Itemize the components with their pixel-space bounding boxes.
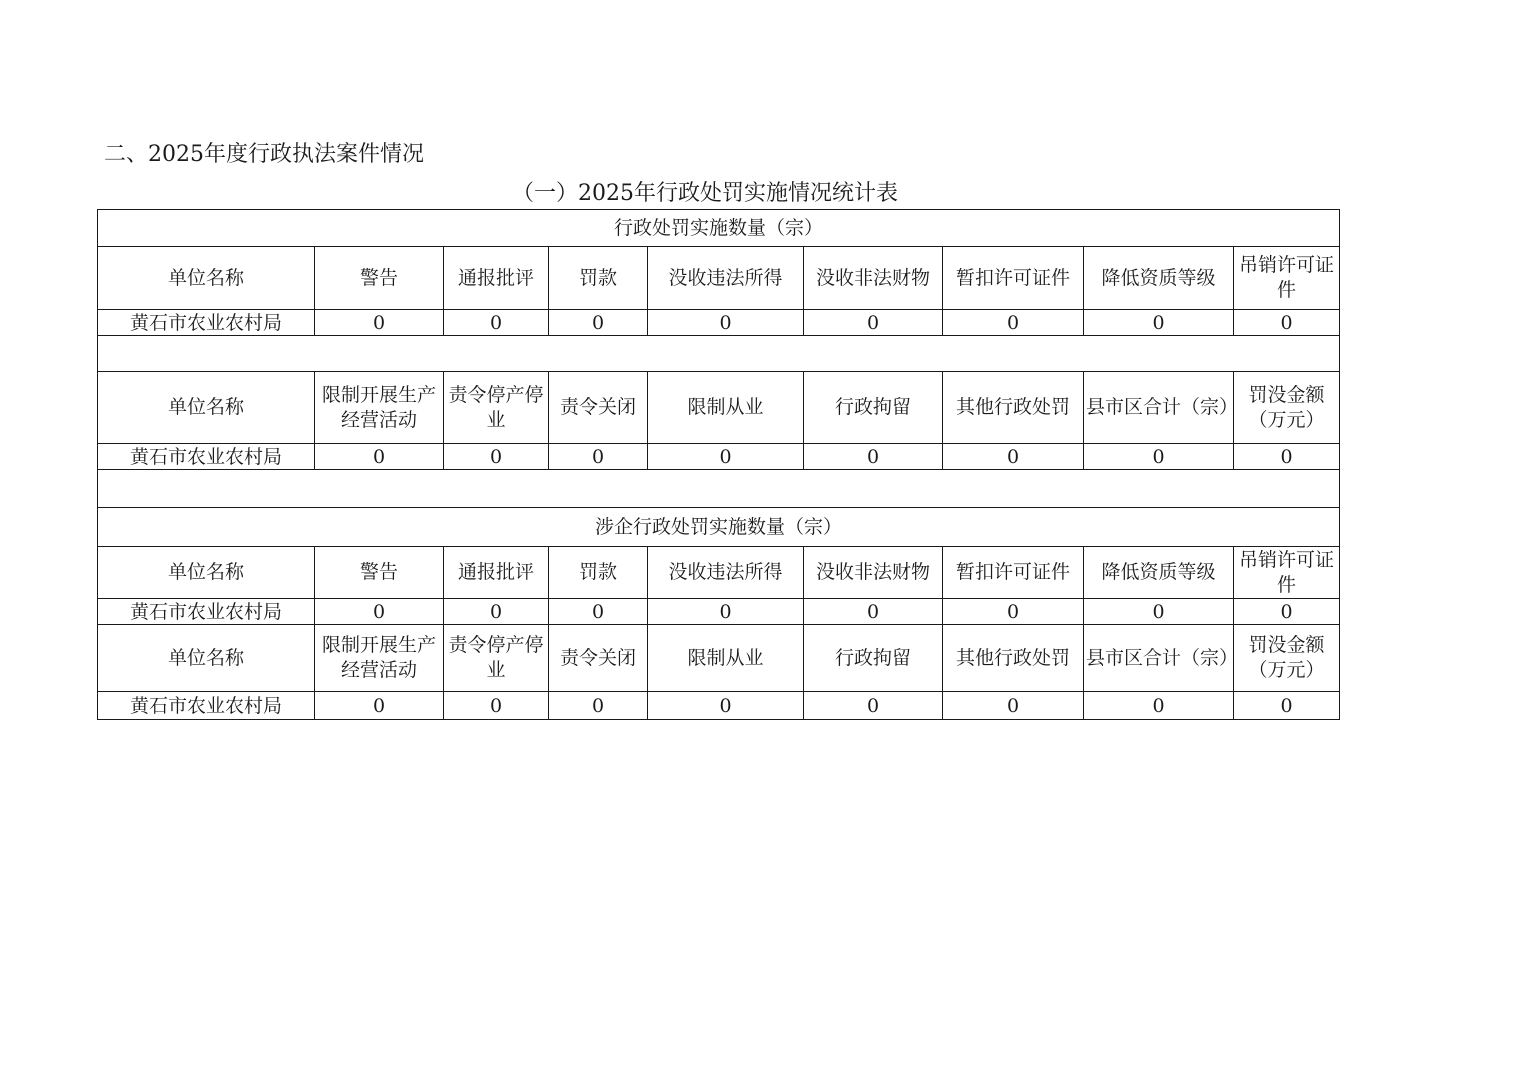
header-row: 单位名称 限制开展生产经营活动 责令停产停业 责令关闭 限制从业 行政拘留 其他… — [98, 625, 1340, 692]
header-row: 单位名称 警告 通报批评 罚款 没收违法所得 没收非法财物 暂扣许可证件 降低资… — [98, 547, 1340, 599]
value-cell: 0 — [804, 444, 943, 470]
unit-name-cell: 黄石市农业农村局 — [98, 444, 315, 470]
header-cell: 其他行政处罚 — [943, 372, 1084, 444]
header-cell: 其他行政处罚 — [943, 625, 1084, 692]
value-cell: 0 — [943, 692, 1084, 720]
value-cell: 0 — [549, 444, 648, 470]
value-cell: 0 — [444, 692, 549, 720]
section-heading: 二、2025年度行政执法案件情况 — [104, 140, 424, 170]
value-cell: 0 — [444, 599, 549, 625]
header-cell: 罚款 — [549, 247, 648, 310]
value-cell: 0 — [1084, 310, 1234, 336]
value-cell: 0 — [549, 692, 648, 720]
value-cell: 0 — [804, 692, 943, 720]
header-cell: 通报批评 — [444, 547, 549, 599]
spacer-row — [98, 470, 1340, 508]
value-cell: 0 — [315, 692, 444, 720]
header-cell: 行政拘留 — [804, 372, 943, 444]
header-cell: 没收非法财物 — [804, 247, 943, 310]
header-cell: 没收非法财物 — [804, 547, 943, 599]
header-row: 单位名称 限制开展生产经营活动 责令停产停业 责令关闭 限制从业 行政拘留 其他… — [98, 372, 1340, 444]
empty-cell — [98, 336, 1340, 372]
table-row: 黄石市农业农村局 0 0 0 0 0 0 0 0 — [98, 310, 1340, 336]
header-cell: 没收违法所得 — [648, 247, 804, 310]
block-title-row: 行政处罚实施数量（宗） — [98, 210, 1340, 247]
value-cell: 0 — [549, 599, 648, 625]
value-cell: 0 — [1234, 599, 1340, 625]
header-cell: 吊销许可证件 — [1234, 247, 1340, 310]
header-cell: 降低资质等级 — [1084, 547, 1234, 599]
block-title: 涉企行政处罚实施数量（宗） — [98, 508, 1340, 547]
value-cell: 0 — [315, 444, 444, 470]
header-cell: 责令停产停业 — [444, 625, 549, 692]
header-cell: 单位名称 — [98, 625, 315, 692]
value-cell: 0 — [943, 444, 1084, 470]
header-cell: 单位名称 — [98, 372, 315, 444]
header-cell: 罚款 — [549, 547, 648, 599]
header-cell: 没收违法所得 — [648, 547, 804, 599]
header-cell: 责令关闭 — [549, 372, 648, 444]
header-cell: 吊销许可证件 — [1234, 547, 1340, 599]
header-cell: 责令关闭 — [549, 625, 648, 692]
penalty-statistics-table: 行政处罚实施数量（宗） 单位名称 警告 通报批评 罚款 没收违法所得 没收非法财… — [97, 209, 1340, 720]
table-row: 黄石市农业农村局 0 0 0 0 0 0 0 0 — [98, 599, 1340, 625]
header-cell: 警告 — [315, 247, 444, 310]
spacer-row — [98, 336, 1340, 372]
value-cell: 0 — [444, 444, 549, 470]
value-cell: 0 — [444, 310, 549, 336]
header-cell: 限制从业 — [648, 372, 804, 444]
value-cell: 0 — [1234, 310, 1340, 336]
value-cell: 0 — [943, 599, 1084, 625]
table-row: 黄石市农业农村局 0 0 0 0 0 0 0 0 — [98, 444, 1340, 470]
header-cell: 单位名称 — [98, 547, 315, 599]
header-cell: 县市区合计（宗） — [1084, 625, 1234, 692]
header-row: 单位名称 警告 通报批评 罚款 没收违法所得 没收非法财物 暂扣许可证件 降低资… — [98, 247, 1340, 310]
value-cell: 0 — [549, 310, 648, 336]
header-cell: 罚没金额（万元） — [1234, 625, 1340, 692]
header-cell: 单位名称 — [98, 247, 315, 310]
value-cell: 0 — [804, 310, 943, 336]
header-cell: 暂扣许可证件 — [943, 547, 1084, 599]
value-cell: 0 — [648, 599, 804, 625]
header-cell: 县市区合计（宗） — [1084, 372, 1234, 444]
header-cell: 行政拘留 — [804, 625, 943, 692]
header-cell: 限制从业 — [648, 625, 804, 692]
value-cell: 0 — [315, 599, 444, 625]
block-title: 行政处罚实施数量（宗） — [98, 210, 1340, 247]
value-cell: 0 — [648, 692, 804, 720]
value-cell: 0 — [943, 310, 1084, 336]
value-cell: 0 — [1084, 692, 1234, 720]
header-cell: 暂扣许可证件 — [943, 247, 1084, 310]
header-cell: 限制开展生产经营活动 — [315, 372, 444, 444]
header-cell: 限制开展生产经营活动 — [315, 625, 444, 692]
value-cell: 0 — [1084, 599, 1234, 625]
unit-name-cell: 黄石市农业农村局 — [98, 599, 315, 625]
table-title: （一）2025年行政处罚实施情况统计表 — [512, 179, 898, 209]
header-cell: 警告 — [315, 547, 444, 599]
value-cell: 0 — [1234, 692, 1340, 720]
value-cell: 0 — [804, 599, 943, 625]
block-title-row: 涉企行政处罚实施数量（宗） — [98, 508, 1340, 547]
header-cell: 通报批评 — [444, 247, 549, 310]
value-cell: 0 — [315, 310, 444, 336]
unit-name-cell: 黄石市农业农村局 — [98, 310, 315, 336]
value-cell: 0 — [648, 310, 804, 336]
value-cell: 0 — [1234, 444, 1340, 470]
header-cell: 降低资质等级 — [1084, 247, 1234, 310]
unit-name-cell: 黄石市农业农村局 — [98, 692, 315, 720]
value-cell: 0 — [648, 444, 804, 470]
header-cell: 罚没金额（万元） — [1234, 372, 1340, 444]
empty-cell — [98, 470, 1340, 508]
value-cell: 0 — [1084, 444, 1234, 470]
table-row: 黄石市农业农村局 0 0 0 0 0 0 0 0 — [98, 692, 1340, 720]
header-cell: 责令停产停业 — [444, 372, 549, 444]
